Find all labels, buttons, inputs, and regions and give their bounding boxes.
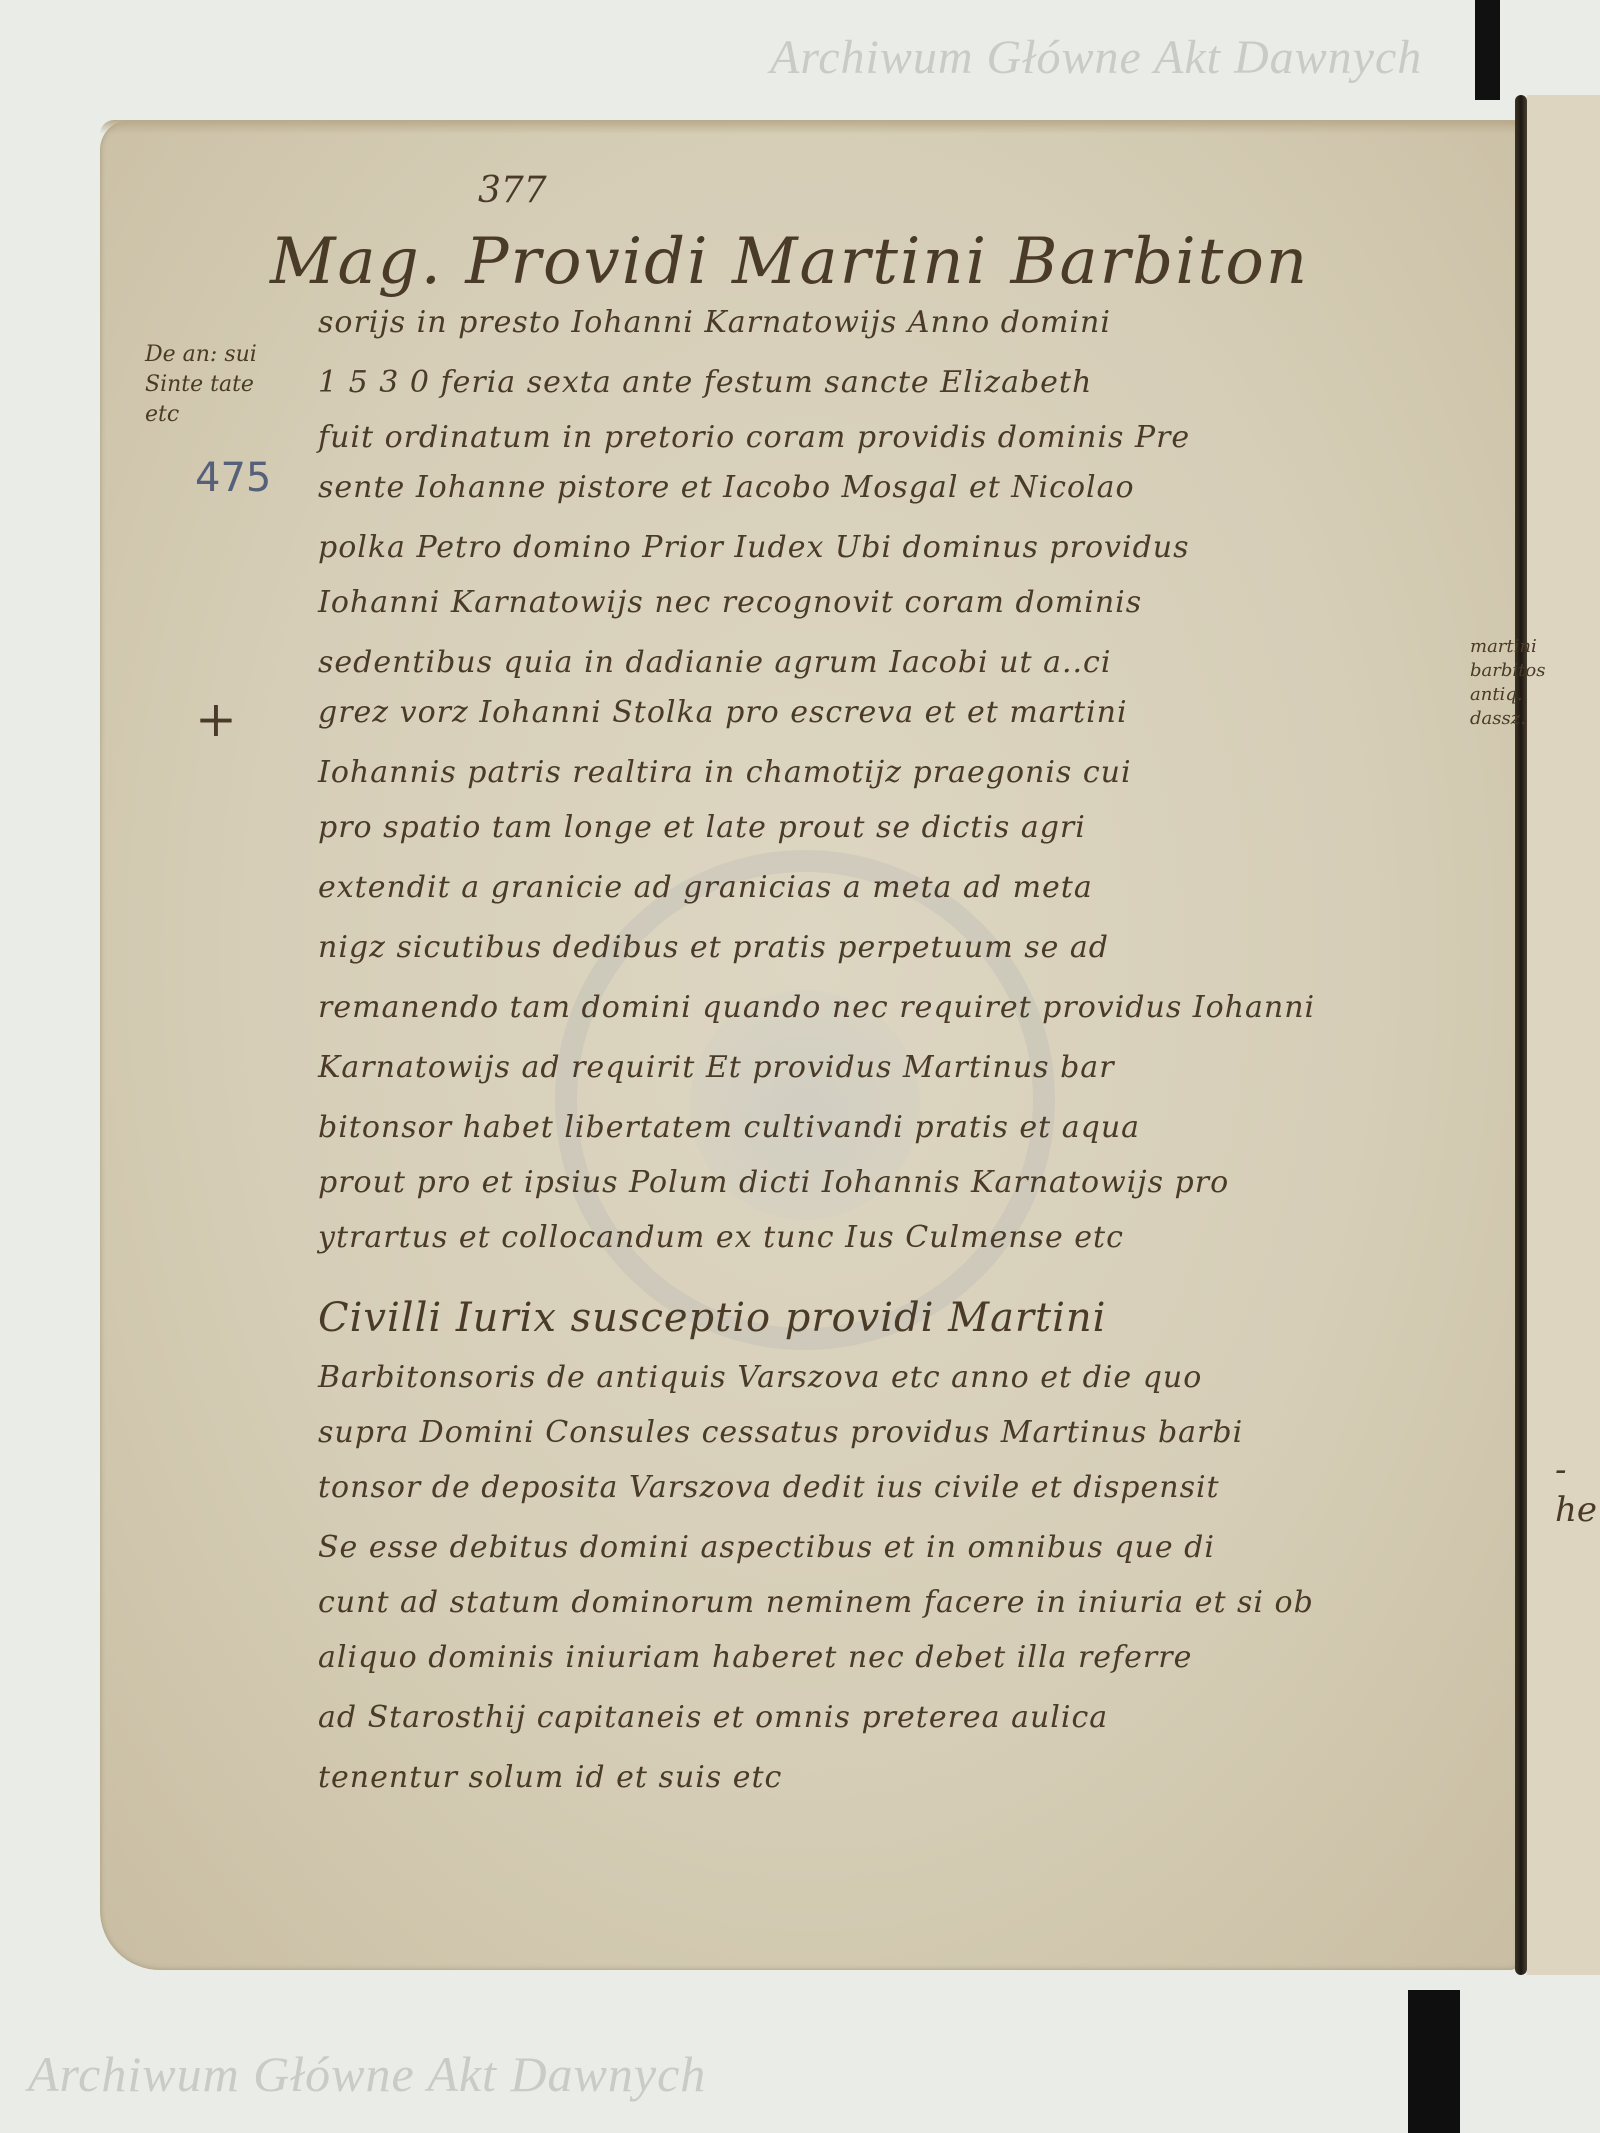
folio-number: 377: [478, 170, 547, 211]
cross-mark-icon: +: [195, 690, 237, 748]
manuscript-line: Iohanni Karnatowijs nec recognovit coram…: [318, 585, 1142, 620]
right-margin-note: martini barbitos antiq. dassz.: [1470, 635, 1530, 731]
manuscript-line: Civilli Iurix susceptio providi Martini: [318, 1295, 1106, 1341]
archive-watermark-top: Archiwum Główne Akt Dawnych: [770, 30, 1422, 85]
manuscript-line: Barbitonsoris de antiquis Varszova etc a…: [318, 1360, 1202, 1395]
manuscript-line: 1 5 3 0 feria sexta ante festum sancte E…: [318, 365, 1092, 400]
manuscript-line: sente Iohanne pistore et Iacobo Mosgal e…: [318, 470, 1135, 505]
manuscript-line: polka Petro domino Prior Iudex Ubi domin…: [318, 530, 1190, 565]
manuscript-line: aliquo dominis iniuriam haberet nec debe…: [318, 1640, 1192, 1675]
facing-page-edge: [1527, 95, 1600, 1975]
manuscript-line: sedentibus quia in dadianie agrum Iacobi…: [318, 645, 1111, 680]
manuscript-line: extendit a granicie ad granicias a meta …: [318, 870, 1093, 905]
manuscript-line: Se esse debitus domini aspectibus et in …: [318, 1530, 1215, 1565]
manuscript-line: supra Domini Consules cessatus providus …: [318, 1415, 1243, 1450]
manuscript-line: tenentur solum id et suis etc: [318, 1760, 782, 1795]
facing-page-text-fragment: -he: [1555, 1450, 1600, 1530]
manuscript-line: ytrartus et collocandum ex tunc Ius Culm…: [318, 1220, 1124, 1255]
manuscript-line: fuit ordinatum in pretorio coram providi…: [318, 420, 1190, 455]
manuscript-line: sorijs in presto Iohanni Karnatowijs Ann…: [318, 305, 1111, 340]
manuscript-line: prout pro et ipsius Polum dicti Iohannis…: [318, 1165, 1229, 1200]
binding-strip-bottom: [1408, 1990, 1460, 2133]
page-edge-shadow: [100, 120, 1520, 134]
book-spine: [1515, 95, 1527, 1975]
left-margin-note: De an: sui Sinte tate etc: [145, 340, 285, 430]
manuscript-line: Karnatowijs ad requirit Et providus Mart…: [318, 1050, 1115, 1085]
manuscript-line: grez vorz Iohanni Stolka pro escreva et …: [318, 695, 1128, 730]
manuscript-line: Iohannis patris realtira in chamotijz pr…: [318, 755, 1132, 790]
archive-watermark-bottom: Archiwum Główne Akt Dawnych: [28, 2045, 706, 2103]
entry-heading: Mag. Providi Martini Barbiton: [270, 225, 1309, 299]
manuscript-line: bitonsor habet libertatem cultivandi pra…: [318, 1110, 1140, 1145]
manuscript-line: remanendo tam domini quando nec requiret…: [318, 990, 1315, 1025]
manuscript-line: ad Starosthij capitaneis et omnis preter…: [318, 1700, 1108, 1735]
manuscript-line: tonsor de deposita Varszova dedit ius ci…: [318, 1470, 1220, 1505]
manuscript-line: cunt ad statum dominorum neminem facere …: [318, 1585, 1314, 1620]
manuscript-line: nigz sicutibus dedibus et pratis perpetu…: [318, 930, 1109, 965]
manuscript-line: pro spatio tam longe et late prout se di…: [318, 810, 1086, 845]
pencil-reference-number: 475: [195, 455, 271, 501]
binding-strip-top: [1475, 0, 1500, 100]
